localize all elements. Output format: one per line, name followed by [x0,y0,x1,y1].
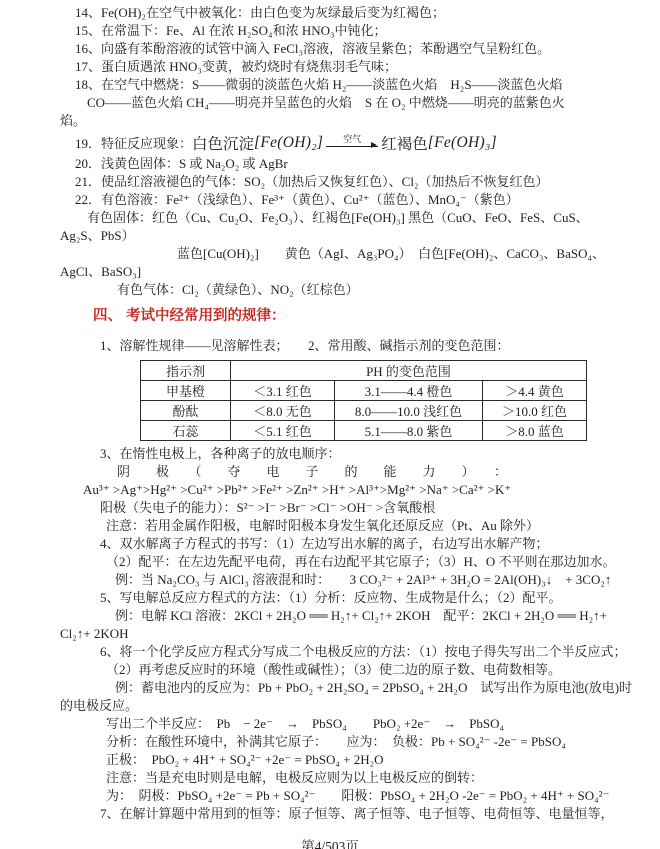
table-cell: ＞8.0 蓝色 [483,421,587,441]
table-row-litmus: 石蕊 ＜5.1 红色 5.1——8.0 紫色 ＞8.0 蓝色 [141,421,587,441]
reaction-arrow-icon: 空气 [326,135,378,151]
note-line-18-cont2: 焰。 [60,112,660,130]
table-header-indicator: 指示剂 [141,361,231,381]
rule-line-4-balance: （2）配平：在左边先配平电荷，再在右边配平其它原子；（3）H、O 不平则在那边加… [106,553,660,571]
table-cell: 甲基橙 [141,381,231,401]
rule-line-3-note: 注意：若用金属作阳极，电解时阳极本身发生氧化还原反应（Pt、Au 除外） [106,517,660,535]
rule-line-6-positive: 正极： PbO₂ + 4H⁺ + SO₄²⁻ +2e⁻ = PbSO₄ + 2H… [106,751,660,769]
table-header-ph-range: PH 的变色范围 [231,361,587,381]
table-cell: 3.1——4.4 橙色 [335,381,483,401]
table-cell: ＜5.1 红色 [231,421,335,441]
note-line-22-blue: 蓝色[Cu(OH)₂] 黄色（AgI、Ag₃PO₄） 白色[Fe(OH)₂、Ca… [177,245,660,263]
note-line-21: 21．使品红溶液褪色的气体：SO₂（加热后又恢复红色）、Cl₂（加热后不恢复红色… [75,173,660,191]
table-row-phenolphthalein: 酚酞 ＜8.0 无色 8.0——10.0 浅红色 ＞10.0 红色 [141,401,587,421]
table-cell: ＜3.1 红色 [231,381,335,401]
table-cell: 5.1——8.0 紫色 [335,421,483,441]
rule-line-5: 5、写电解总反应方程式的方法：（1）分析：反应物、生成物是什么；（2）配平。 [100,589,660,607]
section-heading: 四、 考试中经常用到的规律： [93,306,660,326]
note-line-18-cont: CO——蓝色火焰 CH₄——明亮并呈蓝色的火焰 S 在 O₂ 中燃烧——明亮的蓝… [87,94,660,112]
formula-feoh2: [Fe(OH)₂] [254,134,323,152]
rule-line-6: 6、将一个化学反应方程式分写成二个电极反应的方法：（1）按电子得失写出二个半反应… [100,643,660,661]
indicator-table: 指示剂 PH 的变色范围 甲基橙 ＜3.1 红色 3.1——4.4 橙色 ＞4.… [140,360,587,441]
rule-line-5-example: 例：电解 KCl 溶液：2KCl + 2H₂O ══ H₂↑+ Cl₂↑+ 2K… [115,607,660,625]
rule-line-3: 3、在惰性电极上，各种离子的放电顺序： [100,445,660,463]
arrow-condition-label: 空气 [343,135,361,144]
rule-line-5-example-cont: Cl₂↑+ 2KOH [60,625,660,643]
note-line-22-solids-cont: Ag₂S、PbS） [60,227,660,245]
note-line-22-solids: 有色固体：红色（Cu、Cu₂O、Fe₂O₃）、红褐色[Fe(OH)₃] 黑色（C… [87,209,660,227]
rule-line-6-example: 例：蓄电池内的反应为：Pb + PbO₂ + 2H₂SO₄ = 2PbSO₄ +… [115,679,660,697]
rule-line-6-note: 注意：当是充电时则是电解，电极反应则为以上电极反应的倒转： [106,769,660,787]
note-line-22-blue-cont: AgCl、BaSO₃] [60,263,660,281]
table-header-row: 指示剂 PH 的变色范围 [141,361,587,381]
note-line-15: 15、在常温下：Fe、Al 在浓 H₂SO₄和浓 HNO₃中钝化； [75,22,660,40]
note-line-22: 22．有色溶液：Fe²⁺（浅绿色）、Fe³⁺（黄色）、Cu²⁺（蓝色）、MnO₄… [75,191,660,209]
rule-line-6-analysis: 分析：在酸性环境中，补满其它原子： 应为： 负极：Pb + SO₄²⁻ -2e⁻… [106,733,660,751]
rule-line-7: 7、在解计算题中常用到的恒等：原子恒等、离子恒等、电子恒等、电荷恒等、电量恒等， [100,805,660,823]
rule-line-6-reversed: 为： 阴极：PbSO₄ +2e⁻ = Pb + SO₄²⁻ 阳极：PbSO₄ +… [106,787,660,805]
formula-feoh3: [Fe(OH)₃] [428,134,497,152]
note-line-14: 14、Fe(OH)₂在空气中被氧化：由白色变为灰绿最后变为红褐色； [75,4,660,22]
rule-line-3-cathode: 阴 极 （ 夺 电 子 的 能 力 ） ： [117,463,660,481]
rule-line-6-half-reactions: 写出二个半反应： Pb − 2e⁻ → PbSO₄ PbO₂ +2e⁻ → Pb… [106,715,660,733]
white-precipitate-label: 白色沉淀 [192,132,254,154]
table-row-methyl-orange: 甲基橙 ＜3.1 红色 3.1——4.4 橙色 ＞4.4 黄色 [141,381,587,401]
rule-line-3-anode: 阳极（失电子的能力）：S²⁻ >I⁻ >Br⁻ >Cl⁻ >OH⁻ >含氧酸根 [100,499,660,517]
note-19-prefix: 19．特征反应现象： [75,133,192,152]
rule-line-6-env: （2）再考虑反应时的环境（酸性或碱性）；（3）使二边的原子数、电荷数相等。 [106,661,660,679]
table-cell: ＞10.0 红色 [483,401,587,421]
note-line-16: 16、向盛有苯酚溶液的试管中滴入 FeCl₃溶液，溶液呈紫色；苯酚遇空气呈粉红色… [75,40,660,58]
note-line-22-gases: 有色气体：Cl₂（黄绿色）、NO₂（红棕色） [117,281,660,299]
rule-line-1: 1、溶解性规律——见溶解性表； 2、常用酸、碱指示剂的变色范围： [100,337,660,355]
table-cell: ＜8.0 无色 [231,401,335,421]
rule-line-6-example-cont: 的电极反应。 [60,697,660,715]
note-line-18: 18、在空气中燃烧：S——微弱的淡蓝色火焰 H₂——淡蓝色火焰 H₂S——淡蓝色… [75,76,660,94]
note-line-17: 17、蛋白质遇浓 HNO₃变黄，被灼烧时有烧焦羽毛气味； [75,58,660,76]
rule-line-3-cation-order: Au³⁺ >Ag⁺>Hg²⁺ >Cu²⁺ >Pb²⁺ >Fe²⁺ >Zn²⁺ >… [83,481,660,499]
document-page: 14、Fe(OH)₂在空气中被氧化：由白色变为灰绿最后变为红褐色； 15、在常温… [0,0,660,849]
table-cell: 8.0——10.0 浅红色 [335,401,483,421]
red-brown-label: 红褐色 [381,132,428,154]
table-cell: 酚酞 [141,401,231,421]
rule-line-4-example: 例：当 Na₂CO₃ 与 AlCl₃ 溶液混和时： 3 CO₃²⁻ + 2Al³… [115,571,660,589]
page-number: 第4/503页 [0,838,660,849]
arrow-shaft [326,146,378,147]
table-cell: 石蕊 [141,421,231,441]
note-line-20: 20．浅黄色固体：S 或 Na₂O₂ 或 AgBr [75,155,660,173]
table-cell: ＞4.4 黄色 [483,381,587,401]
rule-line-4: 4、双水解离子方程式的书写：（1）左边写出水解的离子，右边写出水解产物； [100,535,660,553]
note-line-19: 19．特征反应现象： 白色沉淀 [Fe(OH)₂] 空气 红褐色 [Fe(OH)… [75,130,660,155]
